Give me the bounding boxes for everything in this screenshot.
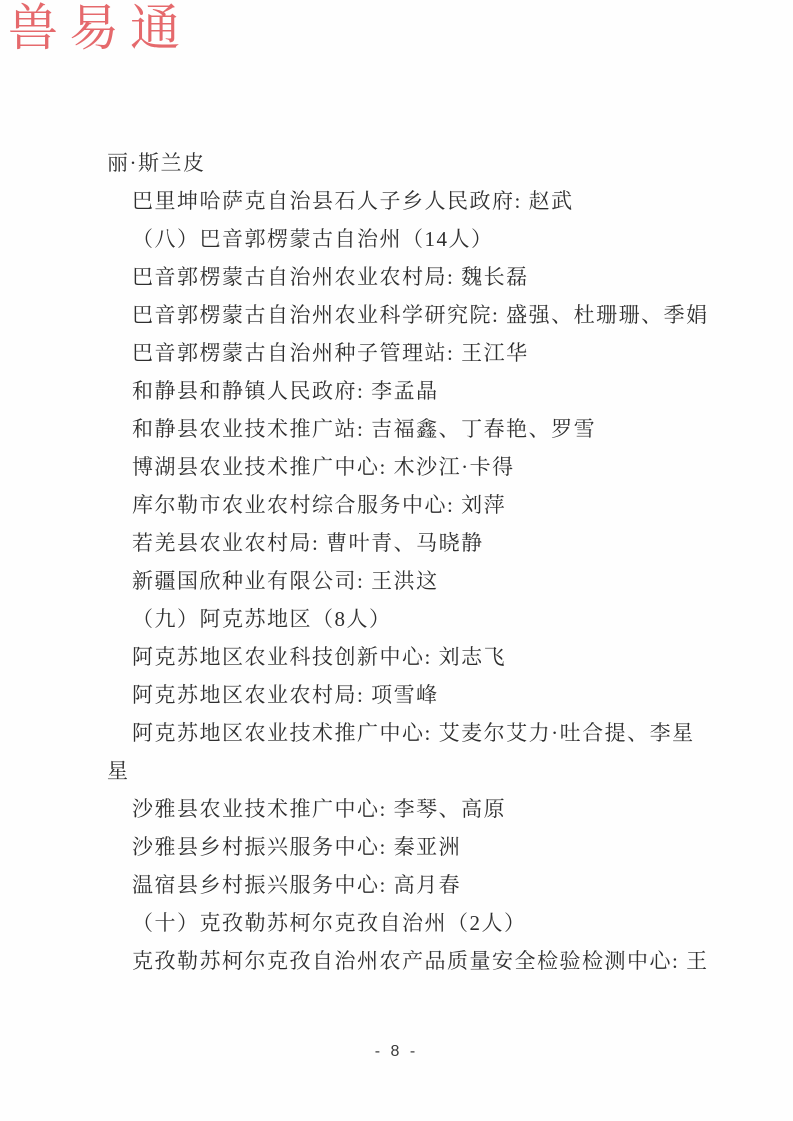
red-watermark-logo: 兽易通 (8, 0, 191, 58)
text-line: 克孜勒苏柯尔克孜自治州农产品质量安全检验检测中心: 王 (107, 942, 727, 980)
text-line: 沙雅县乡村振兴服务中心: 秦亚洲 (107, 828, 727, 866)
text-line: （十）克孜勒苏柯尔克孜自治州（2人） (107, 904, 727, 942)
text-line: 星 (107, 752, 727, 790)
text-line: 巴音郭楞蒙古自治州农业农村局: 魏长磊 (107, 258, 727, 296)
text-line: 和静县农业技术推广站: 吉福鑫、丁春艳、罗雪 (107, 410, 727, 448)
text-line: 阿克苏地区农业科技创新中心: 刘志飞 (107, 638, 727, 676)
text-line: （八）巴音郭楞蒙古自治州（14人） (107, 220, 727, 258)
document-body: 丽·斯兰皮巴里坤哈萨克自治县石人子乡人民政府: 赵武（八）巴音郭楞蒙古自治州（1… (107, 144, 727, 980)
text-line: 巴音郭楞蒙古自治州种子管理站: 王江华 (107, 334, 727, 372)
text-line: 丽·斯兰皮 (107, 144, 727, 182)
text-line: 库尔勒市农业农村综合服务中心: 刘萍 (107, 486, 727, 524)
text-line: 新疆国欣种业有限公司: 王洪这 (107, 562, 727, 600)
text-line: 阿克苏地区农业技术推广中心: 艾麦尔艾力·吐合提、李星 (107, 714, 727, 752)
text-line: 巴里坤哈萨克自治县石人子乡人民政府: 赵武 (107, 182, 727, 220)
text-line: 温宿县乡村振兴服务中心: 高月春 (107, 866, 727, 904)
text-line: 阿克苏地区农业农村局: 项雪峰 (107, 676, 727, 714)
text-line: （九）阿克苏地区（8人） (107, 600, 727, 638)
text-line: 博湖县农业技术推广中心: 木沙江·卡得 (107, 448, 727, 486)
page-number: - 8 - (0, 1043, 793, 1061)
document-page: 兽易通 丽·斯兰皮巴里坤哈萨克自治县石人子乡人民政府: 赵武（八）巴音郭楞蒙古自… (0, 0, 793, 1121)
text-line: 和静县和静镇人民政府: 李孟晶 (107, 372, 727, 410)
text-line: 巴音郭楞蒙古自治州农业科学研究院: 盛强、杜珊珊、季娟 (107, 296, 727, 334)
text-line: 若羌县农业农村局: 曹叶青、马晓静 (107, 524, 727, 562)
text-line: 沙雅县农业技术推广中心: 李琴、高原 (107, 790, 727, 828)
